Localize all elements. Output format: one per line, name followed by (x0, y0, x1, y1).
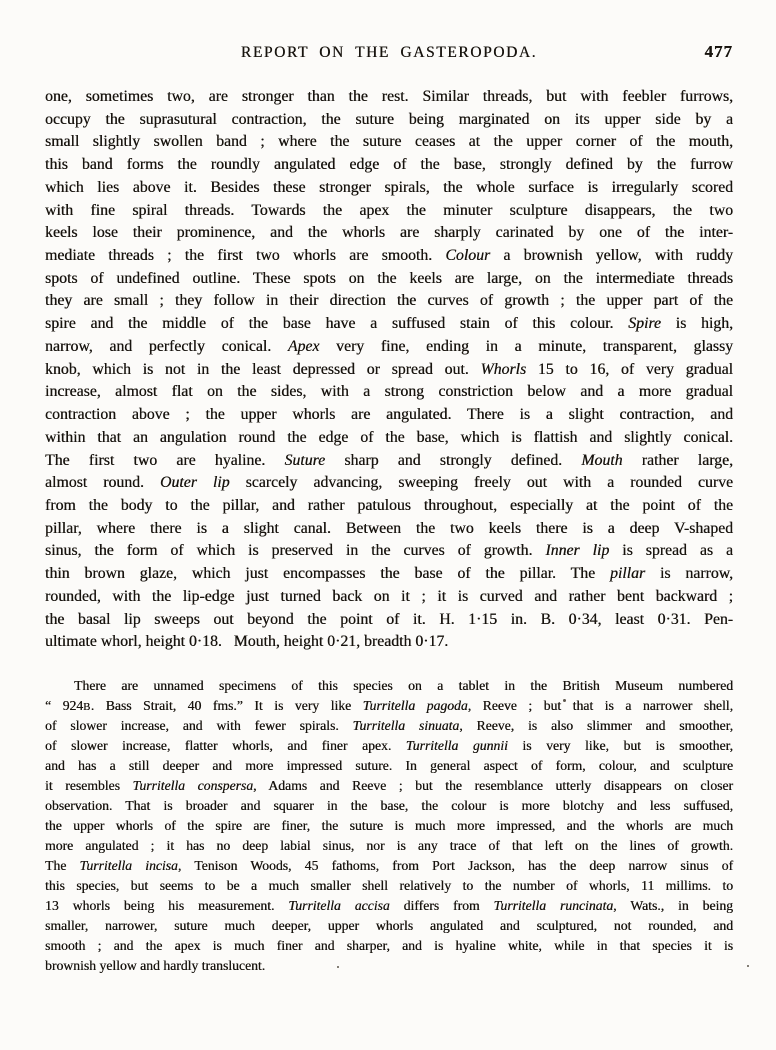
body-text: is very like, but is smoother, (508, 738, 733, 753)
body-text: mediate threads ; the first two whorls a… (45, 247, 445, 264)
text-line: knob, which is not in the least depresse… (45, 359, 733, 382)
text-line: of slower increase, and with fewer spira… (45, 716, 733, 736)
text-line: one, sometimes two, are stronger than th… (45, 86, 733, 109)
body-text: it resembles (45, 778, 132, 793)
body-text: one, sometimes two, are stronger than th… (45, 88, 733, 105)
body-text: . Bass Strait, 40 fms.” It is very like (91, 698, 363, 713)
text-line: smooth ; and the apex is much finer and … (45, 936, 733, 956)
text-line: occupy the suprasutural contraction, the… (45, 109, 733, 132)
body-text: sharp and strongly defined. (325, 452, 581, 469)
body-text: contraction above ; the upper whorls are… (45, 406, 733, 423)
italic-text: Inner lip (545, 542, 609, 559)
italic-text: Turritella gunnii (406, 738, 508, 753)
text-line: almost round. Outer lip scarcely advanci… (45, 472, 733, 495)
italic-text: Whorls (480, 361, 526, 378)
body-text: occupy the suprasutural contraction, the… (45, 111, 733, 128)
body-text: scarcely advancing, sweeping freely out … (230, 474, 733, 491)
body-text: , Adams and Reeve ; but the resemblance … (253, 778, 733, 793)
body-text: which lies above it. Besides these stron… (45, 179, 733, 196)
body-text: more angulated ; it has no deep labial s… (45, 838, 733, 853)
body-text: sinus, the form of which is preserved in… (45, 542, 545, 559)
scan-speck (470, 806, 471, 810)
scan-speck (563, 699, 566, 702)
text-line: more angulated ; it has no deep labial s… (45, 836, 733, 856)
text-line: mediate threads ; the first two whorls a… (45, 245, 733, 268)
italic-text: Turritella incisa (79, 858, 177, 873)
text-line: “ 924B. Bass Strait, 40 fms.” It is very… (45, 696, 733, 716)
body-text: and has a still deeper and more impresse… (45, 758, 733, 773)
text-line: ultimate whorl, height 0·18. Mouth, heig… (45, 631, 733, 654)
italic-text: Apex (288, 338, 320, 355)
text-line: small slightly swollen band ; where the … (45, 131, 733, 154)
text-line: brownish yellow and hardly translucent. (45, 956, 733, 976)
text-line: with fine spiral threads. Towards the ap… (45, 200, 733, 223)
body-text: , Tenison Woods, 45 fathoms, from Port J… (178, 858, 733, 873)
body-text: from the body to the pillar, and rather … (45, 497, 733, 514)
body-text: “ 924 (45, 698, 83, 713)
text-line: rounded, with the lip-edge just turned b… (45, 586, 733, 609)
page-number: 477 (705, 42, 734, 62)
body-text: spots of undefined outline. These spots … (45, 270, 733, 287)
italic-text: Turritella conspersa (132, 778, 253, 793)
body-text: rather large, (623, 452, 733, 469)
comparison-paragraph: There are unnamed specimens of this spec… (45, 676, 733, 976)
body-text: , Reeve, is also slimmer and smoother, (459, 718, 733, 733)
text-line: it resembles Turritella conspersa, Adams… (45, 776, 733, 796)
body-text: spire and the middle of the base have a … (45, 315, 628, 332)
body-text: observation. That is broader and squarer… (45, 798, 733, 813)
text-line: increase, almost flat on the sides, with… (45, 381, 733, 404)
italic-text: Mouth (581, 452, 622, 469)
body-text: this species, but seems to be a much sma… (45, 878, 733, 893)
body-text: rounded, with the lip-edge just turned b… (45, 588, 733, 605)
body-text: small slightly swollen band ; where the … (45, 133, 733, 150)
body-text: knob, which is not in the least depresse… (45, 361, 480, 378)
text-line: the upper whorls of the spire are finer,… (45, 816, 733, 836)
body-text: , Wats., in being (613, 898, 733, 913)
text-line: and has a still deeper and more impresse… (45, 756, 733, 776)
scanned-document-page: REPORT ON THE GASTEROPODA. 477 one, some… (0, 0, 776, 1050)
body-text: brownish yellow and hardly translucent. (45, 958, 265, 973)
body-text: is spread as a (609, 542, 733, 559)
text-line: this species, but seems to be a much sma… (45, 876, 733, 896)
text-line: from the body to the pillar, and rather … (45, 495, 733, 518)
text-line: this band forms the roundly angulated ed… (45, 154, 733, 177)
text-line: observation. That is broader and squarer… (45, 796, 733, 816)
text-line: 13 whorls being his measurement. Turrite… (45, 896, 733, 916)
text-line: The Turritella incisa, Tenison Woods, 45… (45, 856, 733, 876)
body-text: they are small ; they follow in their di… (45, 292, 733, 309)
body-text: thin brown glaze, which just encompasses… (45, 565, 610, 582)
body-text: 15 to 16, of very gradual (526, 361, 733, 378)
body-text: , Reeve ; but that is a narrower shell, (468, 698, 733, 713)
running-head: REPORT ON THE GASTEROPODA. 477 (45, 44, 733, 66)
text-line: thin brown glaze, which just encompasses… (45, 563, 733, 586)
text-line: within that an angulation round the edge… (45, 427, 733, 450)
body-text: 13 whorls being his measurement. (45, 898, 288, 913)
italic-text: Outer lip (160, 474, 230, 491)
body-text: of slower increase, and with fewer spira… (45, 718, 353, 733)
body-text: There are unnamed specimens of this spec… (74, 678, 733, 693)
scan-speck (747, 965, 749, 967)
italic-text: Suture (284, 452, 325, 469)
italic-text: Colour (445, 247, 490, 264)
text-line: narrow, and perfectly conical. Apex very… (45, 336, 733, 359)
italic-text: Turritella accisa (288, 898, 389, 913)
text-line: spire and the middle of the base have a … (45, 313, 733, 336)
body-text: narrow, and perfectly conical. (45, 338, 288, 355)
text-line: The first two are hyaline. Suture sharp … (45, 450, 733, 473)
body-text: of slower increase, flatter whorls, and … (45, 738, 406, 753)
body-text: within that an angulation round the edge… (45, 429, 733, 446)
body-text: increase, almost flat on the sides, with… (45, 383, 733, 400)
text-line: smaller, narrower, suture much deeper, u… (45, 916, 733, 936)
body-text: B (83, 701, 91, 713)
body-text: with fine spiral threads. Towards the ap… (45, 202, 733, 219)
scan-speck (337, 966, 339, 968)
page-title: REPORT ON THE GASTEROPODA. (45, 44, 733, 62)
text-line: the basal lip sweeps out beyond the poin… (45, 609, 733, 632)
body-text: keels lose their prominence, and the who… (45, 224, 733, 241)
text-line: sinus, the form of which is preserved in… (45, 540, 733, 563)
body-text: smaller, narrower, suture much deeper, u… (45, 918, 733, 933)
body-text: almost round. (45, 474, 160, 491)
text-line: which lies above it. Besides these stron… (45, 177, 733, 200)
italic-text: Turritella pagoda (363, 698, 468, 713)
text-line: pillar, where there is a slight canal. B… (45, 518, 733, 541)
text-line: of slower increase, flatter whorls, and … (45, 736, 733, 756)
body-text: this band forms the roundly angulated ed… (45, 156, 733, 173)
text-line: they are small ; they follow in their di… (45, 290, 733, 313)
body-text: pillar, where there is a slight canal. B… (45, 520, 733, 537)
body-text: The (45, 858, 79, 873)
body-text: very fine, ending in a minute, transpare… (319, 338, 733, 355)
text-line: keels lose their prominence, and the who… (45, 222, 733, 245)
italic-text: Turritella sinuata (353, 718, 460, 733)
body-text: is high, (661, 315, 733, 332)
body-text: ultimate whorl, height 0·18. Mouth, heig… (45, 633, 448, 650)
text-line: contraction above ; the upper whorls are… (45, 404, 733, 427)
italic-text: Turritella runcinata (494, 898, 614, 913)
body-text: the basal lip sweeps out beyond the poin… (45, 611, 733, 628)
italic-text: pillar (610, 565, 645, 582)
text-line: spots of undefined outline. These spots … (45, 268, 733, 291)
italic-text: Spire (628, 315, 661, 332)
body-text: differs from (390, 898, 494, 913)
body-text: The first two are hyaline. (45, 452, 284, 469)
body-text: a brownish yellow, with ruddy (490, 247, 733, 264)
body-text: smooth ; and the apex is much finer and … (45, 938, 733, 953)
text-line: There are unnamed specimens of this spec… (45, 676, 733, 696)
body-text: the upper whorls of the spire are finer,… (45, 818, 733, 833)
body-text: is narrow, (645, 565, 733, 582)
description-paragraph: one, sometimes two, are stronger than th… (45, 86, 733, 654)
